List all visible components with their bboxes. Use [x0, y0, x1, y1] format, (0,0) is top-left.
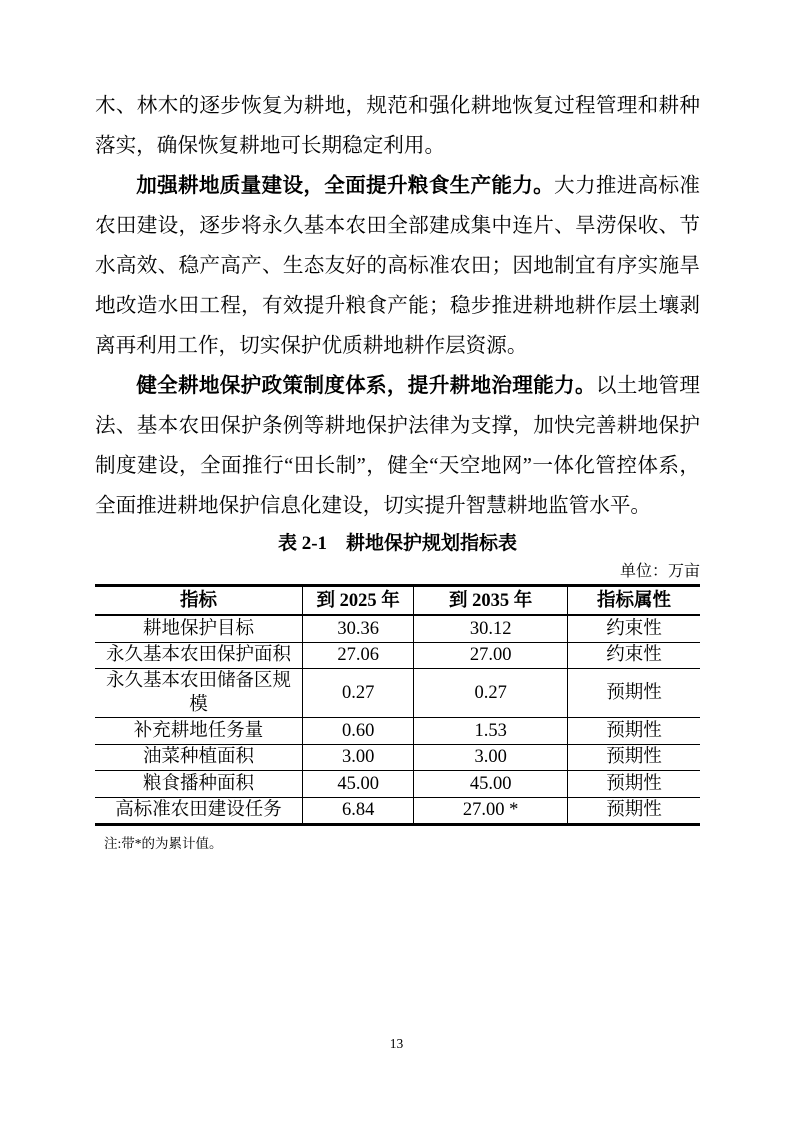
column-header-2035: 到 2035 年	[414, 586, 568, 616]
cell-2025: 0.60	[303, 718, 414, 745]
cell-indicator: 永久基本农田储备区规模	[95, 669, 303, 718]
column-header-attribute: 指标属性	[567, 586, 700, 616]
table-row: 高标准农田建设任务 6.84 27.00 * 预期性	[95, 797, 700, 825]
cell-2025: 30.36	[303, 615, 414, 642]
cell-2025: 45.00	[303, 771, 414, 798]
paragraph-quality: 加强耕地质量建设，全面提升粮食生产能力。大力推进高标准农田建设，逐步将永久基本农…	[95, 166, 700, 366]
page-content: 木、林木的逐步恢复为耕地，规范和强化耕地恢复过程管理和耕种落实，确保恢复耕地可长…	[95, 86, 700, 853]
cell-attribute: 预期性	[567, 669, 700, 718]
table-footnote: 注:带*的为累计值。	[104, 835, 700, 853]
cell-attribute: 预期性	[567, 744, 700, 771]
cell-2035: 27.00	[414, 642, 568, 669]
cell-indicator: 补充耕地任务量	[95, 718, 303, 745]
table-row: 补充耕地任务量 0.60 1.53 预期性	[95, 718, 700, 745]
indicator-table: 指标 到 2025 年 到 2035 年 指标属性 耕地保护目标 30.36 3…	[95, 584, 700, 826]
table-row: 永久基本农田保护面积 27.06 27.00 约束性	[95, 642, 700, 669]
cell-2025: 6.84	[303, 797, 414, 825]
table-row: 油菜种植面积 3.00 3.00 预期性	[95, 744, 700, 771]
column-header-indicator: 指标	[95, 586, 303, 616]
cell-2035: 1.53	[414, 718, 568, 745]
table-unit-label: 单位：万亩	[95, 562, 700, 582]
cell-attribute: 约束性	[567, 642, 700, 669]
table-row: 耕地保护目标 30.36 30.12 约束性	[95, 615, 700, 642]
paragraph-text: 大力推进高标准农田建设，逐步将永久基本农田全部建成集中连片、旱涝保收、节水高效、…	[95, 175, 700, 357]
cell-attribute: 约束性	[567, 615, 700, 642]
cell-2025: 3.00	[303, 744, 414, 771]
table-header-row: 指标 到 2025 年 到 2035 年 指标属性	[95, 586, 700, 616]
cell-attribute: 预期性	[567, 718, 700, 745]
table-caption: 表 2-1 耕地保护规划指标表	[95, 531, 700, 557]
page-number: 13	[0, 1036, 793, 1052]
cell-indicator: 油菜种植面积	[95, 744, 303, 771]
cell-indicator: 粮食播种面积	[95, 771, 303, 798]
cell-2035: 27.00 *	[414, 797, 568, 825]
table-row: 粮食播种面积 45.00 45.00 预期性	[95, 771, 700, 798]
cell-2035: 45.00	[414, 771, 568, 798]
cell-indicator: 高标准农田建设任务	[95, 797, 303, 825]
paragraph-bold-lead: 加强耕地质量建设，全面提升粮食生产能力。	[136, 175, 554, 197]
cell-indicator: 耕地保护目标	[95, 615, 303, 642]
cell-attribute: 预期性	[567, 771, 700, 798]
paragraph-policy: 健全耕地保护政策制度体系，提升耕地治理能力。以土地管理法、基本农田保护条例等耕地…	[95, 366, 700, 526]
paragraph-continuation: 木、林木的逐步恢复为耕地，规范和强化耕地恢复过程管理和耕种落实，确保恢复耕地可长…	[95, 86, 700, 166]
column-header-2025: 到 2025 年	[303, 586, 414, 616]
paragraph-text: 木、林木的逐步恢复为耕地，规范和强化耕地恢复过程管理和耕种落实，确保恢复耕地可长…	[95, 95, 700, 157]
cell-2035: 3.00	[414, 744, 568, 771]
document-page: 木、林木的逐步恢复为耕地，规范和强化耕地恢复过程管理和耕种落实，确保恢复耕地可长…	[0, 0, 793, 1122]
table-row: 永久基本农田储备区规模 0.27 0.27 预期性	[95, 669, 700, 718]
cell-2035: 30.12	[414, 615, 568, 642]
cell-2025: 27.06	[303, 642, 414, 669]
paragraph-bold-lead: 健全耕地保护政策制度体系，提升耕地治理能力。	[136, 375, 596, 397]
cell-indicator: 永久基本农田保护面积	[95, 642, 303, 669]
cell-2025: 0.27	[303, 669, 414, 718]
cell-attribute: 预期性	[567, 797, 700, 825]
cell-2035: 0.27	[414, 669, 568, 718]
